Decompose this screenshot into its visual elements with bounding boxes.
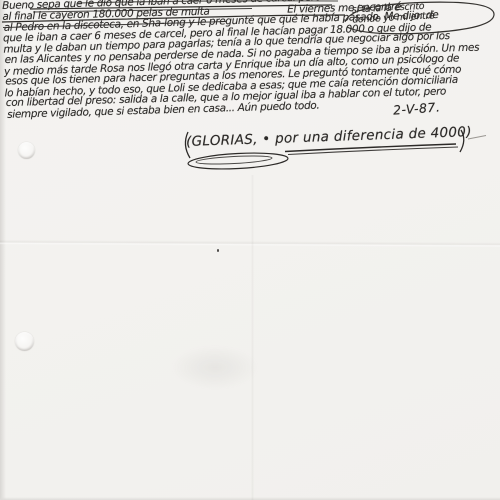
vertical-fold-crease — [251, 175, 254, 500]
annotation-text-before: (GLORIAS, • por — [186, 130, 303, 150]
scanned-handwritten-letter: Bueno sepa que le dió que la iban a caer… — [0, 0, 500, 500]
stray-ink-dot — [217, 249, 219, 252]
handwritten-date: 2-V-87. — [393, 99, 441, 117]
horizontal-fold-crease — [0, 240, 500, 248]
annotation-text-after: ) — [466, 124, 472, 140]
hole-punch-top — [18, 142, 35, 159]
gloria-annotation: (GLORIAS, • por una diferencia de 4000) — [186, 124, 472, 150]
hole-punch-bottom — [15, 332, 34, 351]
ink-bleedthrough-smudge — [170, 345, 260, 390]
annotation-underlined-text: una diferencia de 4000 — [303, 124, 467, 146]
